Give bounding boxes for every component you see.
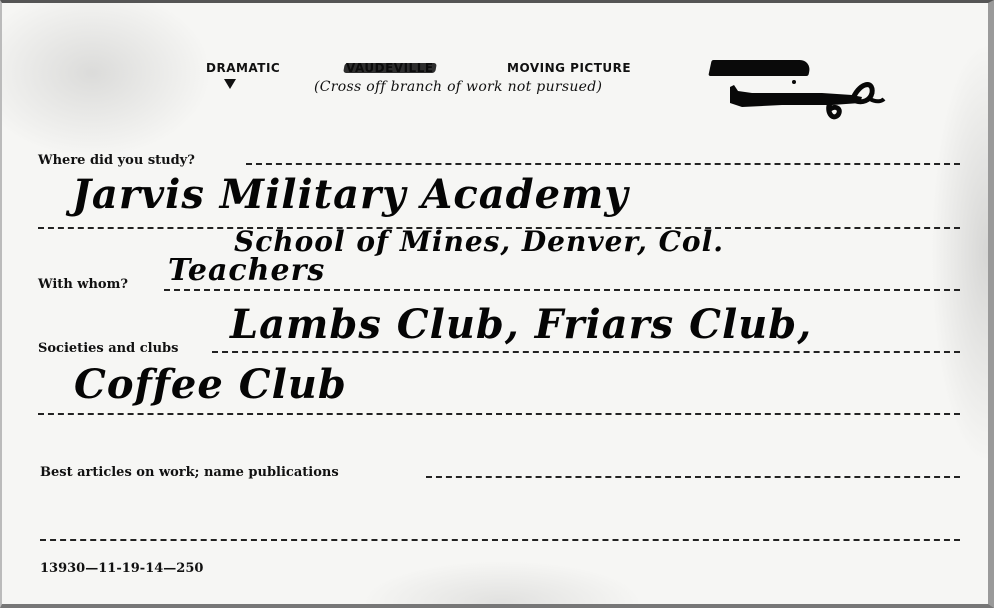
crossed-off-mark: [708, 60, 811, 76]
branch-dramatic-label: DRAMATIC: [206, 61, 280, 75]
publications-line-2: [40, 539, 960, 541]
societies-line-1: [212, 351, 960, 353]
publications-label: Best articles on work; name publications: [40, 465, 339, 480]
societies-answer-2: Coffee Club: [74, 361, 347, 408]
study-label: Where did you study?: [38, 153, 195, 168]
study-answer-1: Jarvis Military Academy: [72, 171, 629, 218]
branch-dramatic: DRAMATIC: [206, 61, 280, 75]
with-whom-label: With whom?: [38, 277, 128, 292]
with-whom-answer: Teachers: [168, 253, 325, 288]
societies-label: Societies and clubs: [38, 341, 178, 356]
form-print-code: 13930—11-19-14—250: [40, 561, 203, 576]
form-card: DRAMATIC VAUDEVILLE MOVING PICTURE OPERA…: [0, 0, 994, 608]
crossed-off-mark: [343, 63, 436, 73]
instruction-text: (Cross off branch of work not pursued): [314, 79, 602, 95]
branch-opera: OPERA: [710, 61, 758, 75]
publications-line-1: [426, 476, 960, 478]
check-mark-icon: [224, 79, 236, 89]
with-whom-line: [164, 289, 960, 291]
branch-vaudeville: VAUDEVILLE: [346, 61, 434, 75]
societies-answer-1: Lambs Club, Friars Club,: [230, 301, 812, 348]
branch-moving-picture-label: MOVING PICTURE: [507, 61, 631, 75]
ink-scribble-icon: [722, 79, 892, 129]
branch-moving-picture: MOVING PICTURE: [507, 61, 631, 75]
societies-line-2: [38, 413, 960, 415]
study-line-1: [246, 163, 960, 165]
